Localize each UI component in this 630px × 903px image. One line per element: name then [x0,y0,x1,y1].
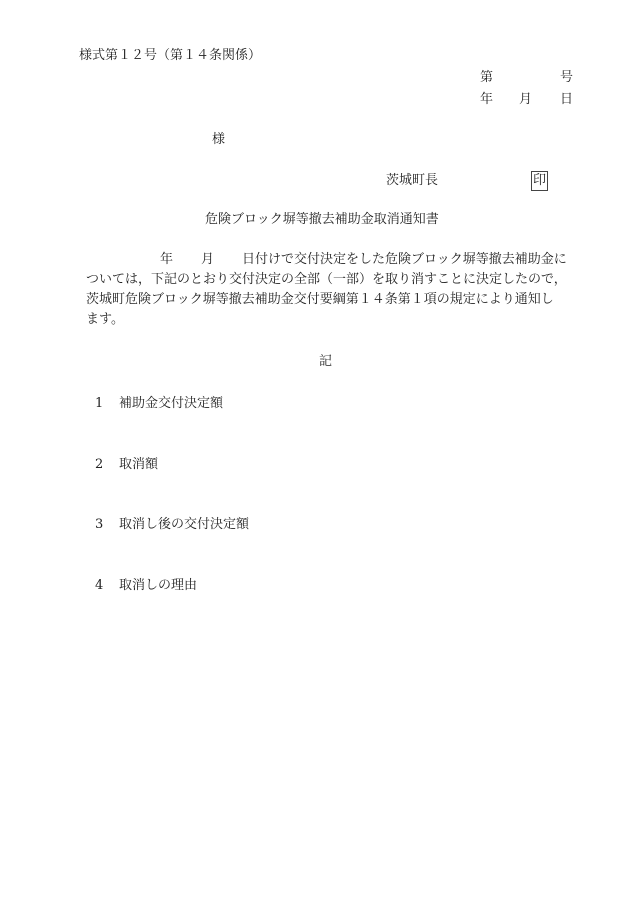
list-item: 3取消し後の交付決定額 [95,517,249,533]
body-line-4: ます。 [80,310,580,330]
issuer-name: 茨城町長 [386,173,438,189]
seal-stamp-icon: 印 [531,171,548,191]
list-item: 4取消しの理由 [95,578,197,594]
body-line-2: ついては，下記のとおり交付決定の全部（一部）を取り消すことに決定したので， [80,270,580,290]
list-item: 1補助金交付決定額 [95,396,223,412]
document-number-prefix: 第 [480,70,493,86]
body-line-1: 年月日付けで交付決定をした危険ブロック塀等撤去補助金に [80,250,580,270]
body-paragraph: 年月日付けで交付決定をした危険ブロック塀等撤去補助金に ついては，下記のとおり交… [80,250,580,330]
item-number: 3 [95,517,119,533]
item-label: 取消額 [119,457,158,472]
body-line-1-text: 日付けで交付決定をした危険ブロック塀等撤去補助金に [242,252,567,267]
form-number: 様式第１２号（第１４条関係） [79,48,261,64]
date-month-label: 月 [519,92,532,108]
item-number: 4 [95,578,119,594]
date-year-label: 年 [480,92,493,108]
body-month-label: 月 [201,252,214,267]
body-year-label: 年 [160,252,173,267]
ki-heading: 記 [319,354,332,370]
item-label: 取消し後の交付決定額 [119,517,249,532]
document-number-suffix: 号 [560,70,573,86]
addressee-honorific: 様 [212,132,225,148]
item-label: 取消しの理由 [119,578,197,593]
document-title: 危険ブロック塀等撤去補助金取消通知書 [205,212,439,228]
date-day-label: 日 [560,92,573,108]
item-number: 2 [95,457,119,473]
body-line-3: 茨城町危険ブロック塀等撤去補助金交付要綱第１４条第１項の規定により通知し [80,290,580,310]
list-item: 2取消額 [95,457,158,473]
item-number: 1 [95,396,119,412]
item-label: 補助金交付決定額 [119,396,223,411]
